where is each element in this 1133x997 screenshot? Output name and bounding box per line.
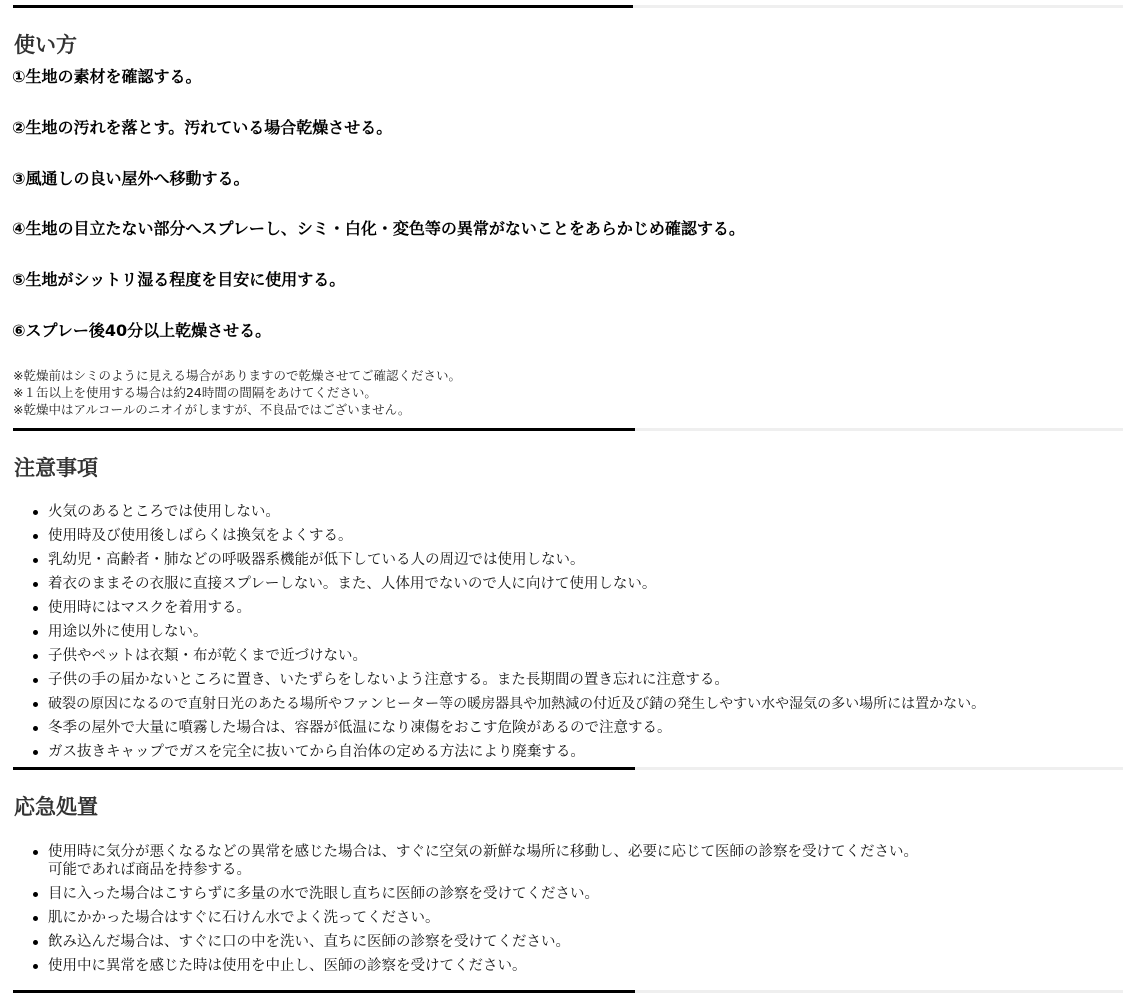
list-item: 目に入った場合はこすらずに多量の水で洗眼し直ちに医師の診察を受けてください。 xyxy=(48,882,918,906)
list-item: 使用中に異常を感じた時は使用を中止し、医師の診察を受けてください。 xyxy=(48,954,918,978)
list-item: 肌にかかった場合はすぐに石けん水でよく洗ってください。 xyxy=(48,906,918,930)
list-item: 着衣のままその衣服に直接スプレーしない。また、人体用でないので人に向けて使用しな… xyxy=(48,572,985,596)
list-item: 子供の手の届かないところに置き、いたずらをしないよう注意する。また長期間の置き忘… xyxy=(48,668,985,692)
section-divider xyxy=(13,767,1123,770)
usage-note: ※１缶以上を使用する場合は約24時間の間隔をあけてください。 xyxy=(13,384,461,401)
section-divider xyxy=(13,428,1123,431)
usage-step: ③風通しの良い屋外へ移動する。 xyxy=(12,166,250,189)
usage-step: ②生地の汚れを落とす。汚れている場合乾燥させる。 xyxy=(12,115,392,138)
section-divider xyxy=(13,990,1123,993)
first-aid-heading: 応急処置 xyxy=(14,791,98,821)
list-item: ガス抜きキャップでガスを完全に抜いてから自治体の定める方法により廃棄する。 xyxy=(48,740,985,764)
usage-note: ※乾燥中はアルコールのニオイがしますが、不良品ではございません。 xyxy=(13,401,461,418)
list-item: 火気のあるところでは使用しない。 xyxy=(48,500,985,524)
list-item: 子供やペットは衣類・布が乾くまで近づけない。 xyxy=(48,644,985,668)
list-item: 使用時に気分が悪くなるなどの異常を感じた場合は、すぐに空気の新鮮な場所に移動し、… xyxy=(48,840,918,882)
first-aid-list: 使用時に気分が悪くなるなどの異常を感じた場合は、すぐに空気の新鮮な場所に移動し、… xyxy=(0,840,918,978)
usage-step: ④生地の目立たない部分へスプレーし、シミ・白化・変色等の異常がないことをあらかじ… xyxy=(12,216,745,239)
list-item-continuation: 可能であれば商品を持参する。 xyxy=(48,858,918,882)
list-item: 使用時にはマスクを着用する。 xyxy=(48,596,985,620)
usage-heading: 使い方 xyxy=(14,29,77,59)
cautions-list: 火気のあるところでは使用しない。 使用時及び使用後しばらくは換気をよくする。 乳… xyxy=(0,500,985,764)
usage-step: ⑥スプレー後40分以上乾燥させる。 xyxy=(12,318,271,341)
list-item: 破裂の原因になるので直射日光のあたる場所やファンヒーター等の暖房器具や加熱減の付… xyxy=(48,692,985,716)
list-item: 使用時及び使用後しばらくは換気をよくする。 xyxy=(48,524,985,548)
cautions-heading: 注意事項 xyxy=(14,452,98,482)
usage-step: ①生地の素材を確認する。 xyxy=(12,64,202,87)
list-item: 乳幼児・高齢者・肺などの呼吸器系機能が低下している人の周辺では使用しない。 xyxy=(48,548,985,572)
list-item: 用途以外に使用しない。 xyxy=(48,620,985,644)
section-divider xyxy=(13,5,1123,8)
usage-notes: ※乾燥前はシミのように見える場合がありますので乾燥させてご確認ください。 ※１缶… xyxy=(13,367,461,418)
usage-step: ⑤生地がシットリ湿る程度を目安に使用する。 xyxy=(12,267,345,290)
list-item: 冬季の屋外で大量に噴霧した場合は、容器が低温になり凍傷をおこす危険があるので注意… xyxy=(48,716,985,740)
usage-note: ※乾燥前はシミのように見える場合がありますので乾燥させてご確認ください。 xyxy=(13,367,461,384)
list-item: 飲み込んだ場合は、すぐに口の中を洗い、直ちに医師の診察を受けてください。 xyxy=(48,930,918,954)
